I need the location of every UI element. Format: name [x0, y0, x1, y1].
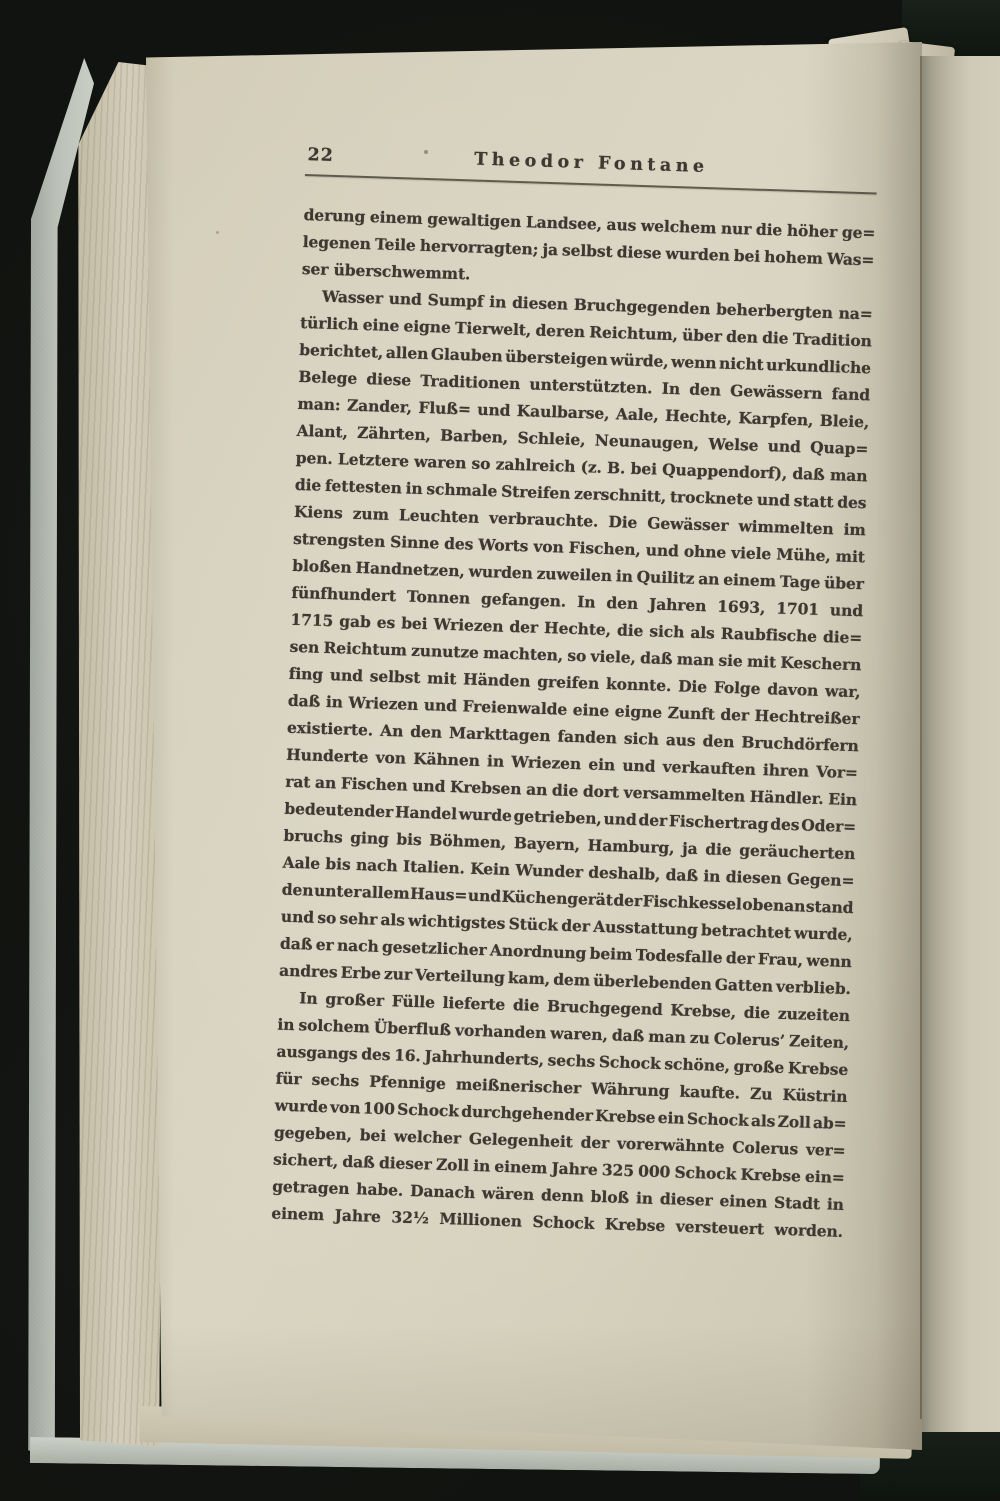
page-number: 22	[307, 145, 334, 166]
page-text: derungeinemgewaltigenLandsee,auswelchemn…	[271, 201, 876, 1245]
photo-of-open-book: { "page": { "number": "22", "running_hea…	[0, 0, 1000, 1501]
page-speck	[216, 231, 219, 234]
text-column: 22 Theodor Fontane derungeinemgewaltigen…	[270, 144, 877, 1262]
facing-page-gutter-edge	[922, 56, 1000, 1432]
gutter-fold-line	[920, 56, 922, 1419]
